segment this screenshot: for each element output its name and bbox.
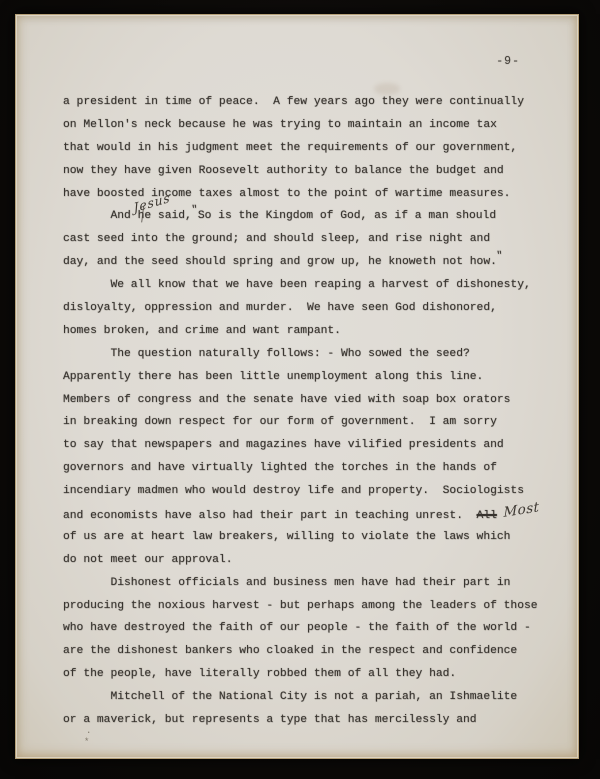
- typed-line: in breaking down respect for our form of…: [63, 411, 563, 434]
- typed-segment: Mitchell of the National City is not a p…: [63, 691, 517, 703]
- typed-line: or a maverick, but represents a type tha…: [63, 709, 563, 732]
- typed-segment: day, and the seed should spring and grow…: [63, 256, 497, 268]
- typed-segment: do not meet our approval.: [63, 554, 232, 566]
- typed-segment: Members of congress and the senate have …: [63, 394, 510, 406]
- typed-line: Dishonest officials and business men hav…: [63, 572, 563, 595]
- typed-segment: So is the Kingdom of God, as if a man sh…: [198, 210, 496, 222]
- typed-line: cast seed into the ground; and should sl…: [63, 228, 563, 251]
- handwritten-word: Most: [503, 496, 539, 525]
- typed-line: of us are at heart law breakers, willing…: [63, 526, 563, 549]
- photo-background: -9- a president in time of peace. A few …: [0, 0, 600, 779]
- typed-segment: now they have given Roosevelt authority …: [63, 165, 504, 177]
- typed-line: The question naturally follows: - Who so…: [63, 343, 563, 366]
- footer-mark-dot: .: [86, 726, 91, 736]
- struck-word: All: [477, 510, 497, 522]
- typed-segment: We all know that we have been reaping a …: [63, 279, 531, 291]
- typed-segment: to say that newspapers and magazines hav…: [63, 439, 504, 451]
- typed-line: incendiary madmen who would destroy life…: [63, 480, 563, 503]
- typed-line: that would in his judgment meet the requ…: [63, 137, 563, 160]
- typed-segment: are the dishonest bankers who cloaked in…: [63, 645, 517, 657]
- typed-segment: have boosted income taxes almost to the …: [63, 188, 510, 200]
- page-number: -9-: [496, 55, 520, 68]
- typed-line: are the dishonest bankers who cloaked in…: [63, 640, 563, 663]
- typed-line: disloyalty, oppression and murder. We ha…: [63, 297, 563, 320]
- typed-line: homes broken, and crime and want rampant…: [63, 320, 563, 343]
- typed-segment: on Mellon's neck because he was trying t…: [63, 119, 497, 131]
- typed-segment: that would in his judgment meet the requ…: [63, 142, 517, 154]
- typed-segment: producing the noxious harvest - but perh…: [63, 600, 538, 612]
- typed-segment: of us are at heart law breakers, willing…: [63, 531, 510, 543]
- typed-line: on Mellon's neck because he was trying t…: [63, 114, 563, 137]
- typed-text: a president in time of peace. A few year…: [63, 91, 563, 732]
- typed-line: and economists have also had their part …: [63, 503, 563, 526]
- typed-line: day, and the seed should spring and grow…: [63, 251, 563, 274]
- typed-line: producing the noxious harvest - but perh…: [63, 595, 563, 618]
- typed-segment: in breaking down respect for our form of…: [63, 416, 497, 428]
- typed-segment: who have destroyed the faith of our peop…: [63, 622, 531, 634]
- typed-segment: The question naturally follows: - Who so…: [63, 348, 470, 360]
- typed-line: Mitchell of the National City is not a p…: [63, 686, 563, 709]
- typed-line: a president in time of peace. A few year…: [63, 91, 563, 114]
- typed-line: governors and have virtually lighted the…: [63, 457, 563, 480]
- typed-line: to say that newspapers and magazines hav…: [63, 434, 563, 457]
- typed-segment: Apparently there has been little unemplo…: [63, 371, 483, 383]
- footer-mark-asterisk: *: [84, 737, 89, 747]
- typed-line: And he said,"So is the Kingdom of God, a…: [63, 205, 563, 228]
- typed-segment: cast seed into the ground; and should sl…: [63, 233, 490, 245]
- typed-line: Apparently there has been little unemplo…: [63, 366, 563, 389]
- typed-segment: Dishonest officials and business men hav…: [63, 577, 510, 589]
- typed-line: Members of congress and the senate have …: [63, 389, 563, 412]
- typed-line: of the people, have literally robbed the…: [63, 663, 563, 686]
- typed-segment: incendiary madmen who would destroy life…: [63, 485, 524, 497]
- typed-segment: a president in time of peace. A few year…: [63, 96, 524, 108]
- typed-line: now they have given Roosevelt authority …: [63, 160, 563, 183]
- document-page: -9- a president in time of peace. A few …: [15, 14, 579, 759]
- typed-segment: governors and have virtually lighted the…: [63, 462, 497, 474]
- typed-segment: disloyalty, oppression and murder. We ha…: [63, 302, 497, 314]
- typed-segment: homes broken, and crime and want rampant…: [63, 325, 341, 337]
- typed-line: do not meet our approval.: [63, 549, 563, 572]
- typed-segment: And he said,: [63, 210, 192, 222]
- typed-segment: and economists have also had their part …: [63, 510, 477, 522]
- typed-line: who have destroyed the faith of our peop…: [63, 617, 563, 640]
- typed-line: We all know that we have been reaping a …: [63, 274, 563, 297]
- typed-segment: or a maverick, but represents a type tha…: [63, 714, 477, 726]
- typed-segment: of the people, have literally robbed the…: [63, 668, 456, 680]
